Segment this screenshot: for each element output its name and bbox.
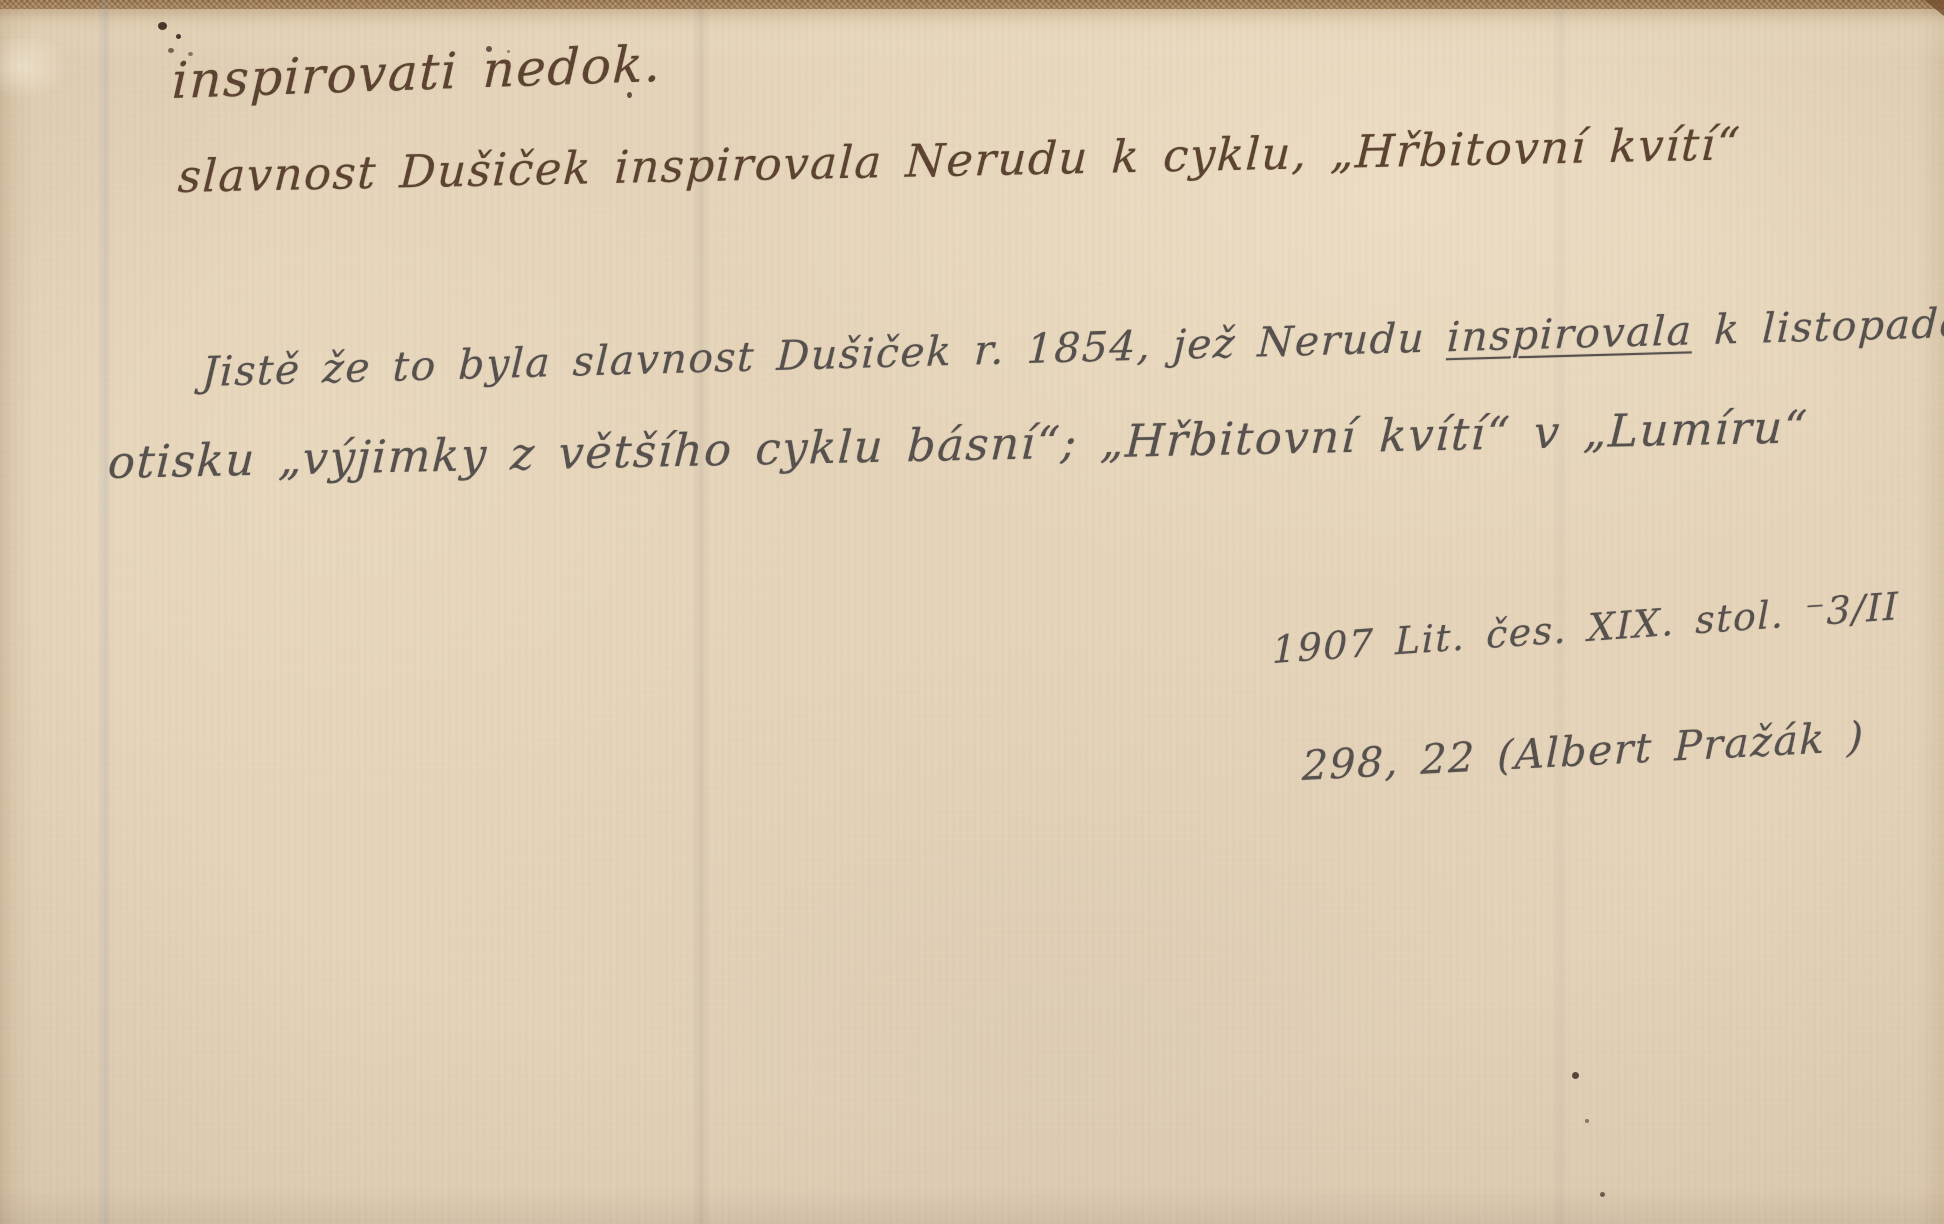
excerpt-line-1-post: k listopadovému bbox=[1692, 295, 1944, 354]
headword-line: inspirovati nedok. bbox=[171, 35, 663, 110]
ink-speck bbox=[1600, 1192, 1605, 1197]
ink-speck bbox=[1585, 1119, 1589, 1123]
excerpt-underlined-word: inspirovala bbox=[1446, 306, 1694, 361]
ink-speck bbox=[158, 22, 167, 30]
ink-speck bbox=[176, 34, 181, 39]
citation-source-line: 1907 Lit. čes. XIX. stol. ⁻3/II bbox=[1272, 584, 1899, 672]
scan-top-edge-texture bbox=[0, 0, 1944, 9]
archive-card-paper: inspirovati nedok. slavnost Dušiček insp… bbox=[0, 0, 1944, 1224]
excerpt-line-1-pre: Jistě že to byla slavnost Dušiček r. 185… bbox=[201, 313, 1448, 396]
citation-pages-line: 298, 22 (Albert Pražák ) bbox=[1302, 712, 1865, 790]
excerpt-line-2: otisku „výjimky z většího cyklu básní“; … bbox=[107, 400, 1810, 489]
worn-corner-top-left bbox=[0, 38, 74, 108]
ink-speck bbox=[1572, 1072, 1579, 1079]
subject-line: slavnost Dušiček inspirovala Nerudu k cy… bbox=[177, 117, 1743, 203]
excerpt-line-1: Jistě že to byla slavnost Dušiček r. 185… bbox=[201, 295, 1944, 396]
paper-crease-left bbox=[98, 0, 112, 1224]
